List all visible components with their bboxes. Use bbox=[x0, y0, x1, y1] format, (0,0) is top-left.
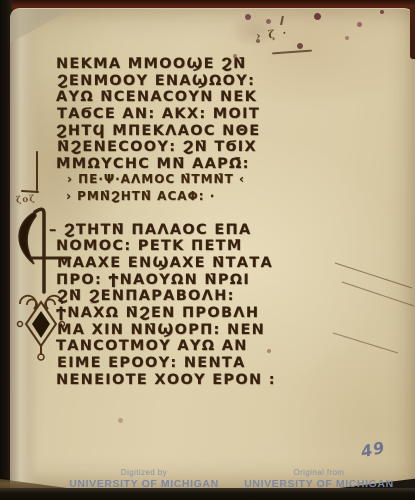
watermark-left-line2: UNIVERSITY OF MICHIGAN bbox=[58, 478, 230, 490]
watermark-digitized-by: Digitized by UNIVERSITY OF MICHIGAN bbox=[58, 468, 230, 490]
manuscript-text-line: › ΠΕ·Ψ·ΑΛΜΟC Ν̄ΤΜΝ̄Τ ‹ bbox=[57, 172, 387, 189]
manuscript-text-line: ΕΙΜΕ ΕΡΟΟΥ: ΝΕΝΤΑ bbox=[57, 355, 387, 372]
stain bbox=[380, 10, 384, 14]
stain bbox=[314, 13, 321, 20]
marginal-gloss: ζοζ bbox=[16, 194, 36, 206]
stain bbox=[357, 22, 362, 27]
manuscript-text-line: ΝΕΚΜΑ Μ̄ΜΟΟϢΕ ϨΝ̄ bbox=[56, 56, 386, 73]
stain bbox=[297, 43, 303, 49]
watermark-left-line1: Digitized by bbox=[58, 468, 230, 477]
stain bbox=[266, 19, 271, 24]
manuscript-text-line: ΝΟΜΟC: ΡΕΤΚ ΠΕΤΜ̄ bbox=[56, 238, 386, 255]
manuscript-text-line: ΤΑΝCΟΤΜΟΥ ΑΥΩ ΑΝ bbox=[56, 338, 386, 355]
manuscript-text-line: ΜΑ ΧΙΝ ΝΝ̄ϢΟΡΠ: ΝΕΝ bbox=[57, 322, 387, 339]
manuscript-text-line: › ΡΜΝ̄ϨΗΤΝ̄ ΑCΑΦ: · bbox=[56, 189, 386, 206]
watermark-right-line1: Original from bbox=[228, 468, 410, 477]
manuscript-text-line: ϨΗΤϤ Μ̄ΠΕΚΛΑΟC ΝΘΕ bbox=[56, 123, 386, 140]
watermark-right-line2: UNIVERSITY OF MICHIGAN bbox=[228, 478, 410, 490]
manuscript-text-line: ΤΑϬCΕ ΑΝ: ΑΚΧ: ΜΟΙΤ bbox=[57, 106, 387, 123]
manuscript-scan: › ζ · ζοζ ΝΕΚΜΑ Μ̄ΜΟΟϢΕ ϨΝ̄ϨΕΝΜΟΟΥ ΕΝΑϢΩ… bbox=[0, 0, 415, 500]
manuscript-text-line: ΜΑΑΧΕ ΕΝϢΑΧΕ Ν̄ΤΑΤΑ bbox=[57, 255, 387, 272]
stain bbox=[245, 14, 251, 20]
manuscript-text-line: – ϨΤΗΤΝ̄ ΠΑΛΑΟC ΕΠΑ bbox=[49, 222, 387, 239]
manuscript-text-line: ΑΥΩ Ν̄CΕΝΑCΟΥΝ ΝΕΚ bbox=[56, 89, 386, 106]
cover-right-sliver bbox=[410, 7, 415, 59]
stain bbox=[345, 36, 349, 40]
manuscript-text-line: ϮΝΑΧΩ Ν̄ϨΕΝ ΠΡΟΒΛΗ bbox=[56, 305, 386, 322]
manuscript-text-line: ϨΕΝΜΟΟΥ ΕΝΑϢΩΟΥ: bbox=[57, 73, 387, 90]
page-corner-wedge bbox=[10, 9, 72, 43]
manuscript-text-block: ΝΕΚΜΑ Μ̄ΜΟΟϢΕ ϨΝ̄ϨΕΝΜΟΟΥ ΕΝΑϢΩΟΥ:ΑΥΩ Ν̄C… bbox=[56, 56, 386, 388]
stain bbox=[118, 418, 123, 423]
manuscript-text-line: Ν̄ϨΕΝΕCΟΟΥ: ϨΝ̄ ΤϬΙΧ bbox=[57, 139, 387, 156]
manuscript-text-line: Μ̄ΜΩΥCΗC ΜΝ̄ ΑΑΡΩ̄: bbox=[56, 156, 386, 173]
manuscript-text-line: ϨΝ̄ ϨΕΝΠΑΡΑΒΟΛΗ: bbox=[57, 288, 387, 305]
manuscript-text-line: ΝΕΝΕΙΟΤΕ ΧΟΟΥ ΕΡΟΝ : bbox=[56, 372, 386, 389]
watermark-original-from: Original from UNIVERSITY OF MICHIGAN bbox=[228, 468, 410, 490]
manuscript-text-line: ΠΡΟ: ϮΝΑΟΥΩΝ Ν̄ΡΩΙ bbox=[56, 272, 386, 289]
